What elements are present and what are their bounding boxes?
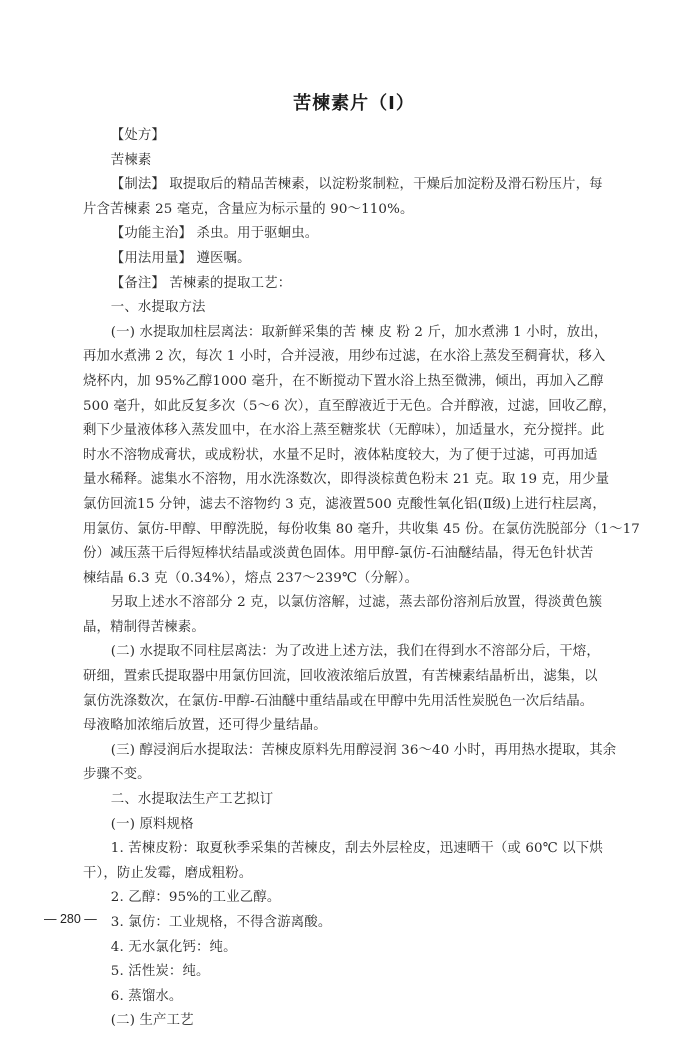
text-line: 剩下少量液体移入蒸发皿中，在水浴上蒸至糖浆状（无醇味），加适量水，充分搅拌。此	[83, 419, 624, 444]
text-line: 楝结晶 6.3 克（0.34%），熔点 237～239℃（分解）。	[83, 567, 624, 592]
text-line: 氯仿回流15 分钟，滤去不溶物约 3 克，滤液置500 克酸性氧化铝(Ⅱ级)上进…	[83, 493, 624, 518]
text-line: 【处方】	[84, 124, 624, 149]
text-line: 2. 乙醇：95%的工业乙醇。	[84, 886, 624, 911]
text-line: 用氯仿、氯仿-甲醇、甲醇洗脱，每份收集 80 毫升，共收集 45 份。在氯仿洗脱…	[83, 518, 624, 543]
text-line: 份）减压蒸干后得短棒状结晶或淡黄色固体。用甲醇-氯仿-石油醚结晶，得无色针状苦	[83, 542, 624, 567]
text-line: 苦楝素	[84, 149, 624, 174]
text-line: (一) 原料规格	[84, 813, 624, 838]
text-line: (三) 醇浸润后水提取法：苦楝皮原料先用醇浸润 36～40 小时，再用热水提取，…	[84, 739, 624, 764]
text-line: (二) 水提取不同柱层离法：为了改进上述方法，我们在得到水不溶部分后，干熔，	[84, 640, 624, 665]
text-line: 量水稀释。滤集水不溶物，用水洗涤数次，即得淡棕黄色粉末 21 克。取 19 克，…	[83, 468, 624, 493]
text-line: 【制法】 取提取后的精品苦楝素，以淀粉浆制粒，干燥后加淀粉及滑石粉压片，每	[84, 173, 624, 198]
document-body: 【处方】苦楝素【制法】 取提取后的精品苦楝素，以淀粉浆制粒，干燥后加淀粉及滑石粉…	[84, 124, 624, 1034]
text-line: 研细，置索氏提取器中用氯仿回流，回收液浓缩后放置，有苦楝素结晶析出，滤集，以	[83, 665, 624, 690]
text-line: 片含苦楝素 25 毫克，含量应为标示量的 90～110%。	[83, 198, 624, 223]
text-line: 500 毫升，如此反复多次（5～6 次），直至醇液近于无色。合并醇液，过滤，回收…	[83, 395, 624, 420]
text-line: 二、水提取法生产工艺拟订	[84, 788, 624, 813]
text-line: 烧杯内，加 95%乙醇1000 毫升，在不断搅动下置水浴上热至微沸，倾出，再加入…	[83, 370, 624, 395]
text-line: 3. 氯仿：工业规格，不得含游离酸。	[84, 911, 624, 936]
text-line: 再加水煮沸 2 次，每次 1 小时，合并浸液，用纱布过滤，在水浴上蒸发至稠膏状，…	[83, 345, 624, 370]
text-line: 母液略加浓缩后放置，还可得少量结晶。	[83, 714, 624, 739]
page-title: 苦楝素片（Ⅰ）	[84, 92, 624, 116]
document-page: 苦楝素片（Ⅰ） 【处方】苦楝素【制法】 取提取后的精品苦楝素，以淀粉浆制粒，干燥…	[84, 92, 624, 1034]
text-line: (二) 生产工艺	[84, 1009, 624, 1034]
text-line: 4. 无水氯化钙：纯。	[84, 936, 624, 961]
text-line: 一、水提取方法	[84, 296, 624, 321]
text-line: 6. 蒸馏水。	[84, 985, 624, 1010]
text-line: 【用法用量】 遵医嘱。	[84, 247, 624, 272]
text-line: 【功能主治】 杀虫。用于驱蛔虫。	[84, 222, 624, 247]
text-line: 干），防止发霉，磨成粗粉。	[83, 862, 624, 887]
text-line: 时水不溶物成膏状，或成粉状，水量不足时，液体粘度较大，为了便于过滤，可再加适	[83, 444, 624, 469]
text-line: (一) 水提取加柱层离法：取新鲜采集的苦 楝 皮 粉 2 斤，加水煮沸 1 小时…	[84, 321, 624, 346]
text-line: 【备注】 苦楝素的提取工艺：	[84, 272, 624, 297]
text-line: 晶，精制得苦楝素。	[83, 616, 624, 641]
text-line: 步骤不变。	[83, 763, 624, 788]
page-number: — 280 —	[44, 912, 97, 926]
text-line: 5. 活性炭：纯。	[84, 960, 624, 985]
text-line: 1. 苦楝皮粉：取夏秋季采集的苦楝皮，刮去外层栓皮，迅速晒干（或 60℃ 以下烘	[84, 837, 624, 862]
text-line: 氯仿洗涤数次，在氯仿-甲醇-石油醚中重结晶或在甲醇中先用活性炭脱色一次后结晶。	[83, 690, 624, 715]
text-line: 另取上述水不溶部分 2 克，以氯仿溶解，过滤，蒸去部份溶剂后放置，得淡黄色簇	[84, 591, 624, 616]
